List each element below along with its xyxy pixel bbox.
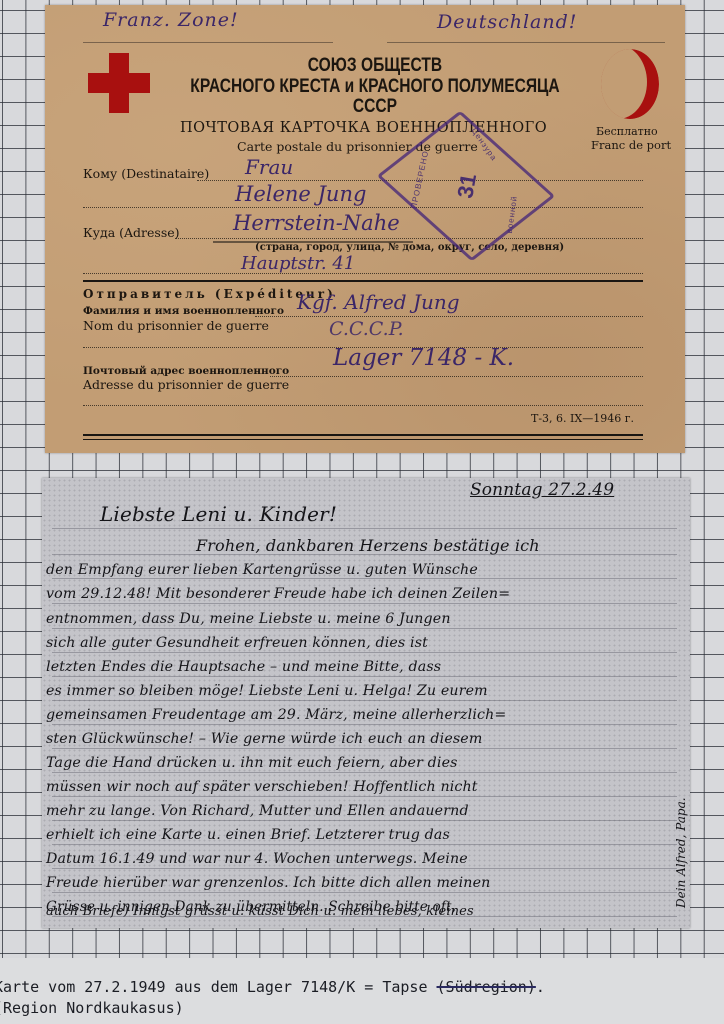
album-caption-line2: (Region Nordkaukasus) <box>0 999 184 1017</box>
sender-address-line-1 <box>270 376 643 377</box>
address-hint: (страна, город, улица, № дома, округ, се… <box>255 242 564 253</box>
address-value-2: Hauptstr. 41 <box>241 253 355 274</box>
recipient-value-1: Frau <box>245 155 293 179</box>
sender-name-label-fr: Nom du prisonnier de guerre <box>83 318 269 333</box>
sender-value-1: Kgf. Alfred Jung <box>297 290 460 314</box>
letter-line: Datum 16.1.49 und war nur 4. Wochen unte… <box>46 851 468 867</box>
red-crescent-icon <box>601 49 659 119</box>
org-name-line1: СОЮЗ ОБЩЕСТВ <box>195 55 556 77</box>
letter-line: Freude hierüber war grenzenlos. Ich bitt… <box>46 875 490 891</box>
bottom-rule-2 <box>83 439 643 440</box>
sender-address-line-2 <box>83 405 643 406</box>
sender-address-label-ru: Почтовый адрес военнопленного <box>83 365 289 377</box>
sender-address-label-fr: Adresse du prisonnier de guerre <box>83 377 289 392</box>
letter-line: letzten Endes die Hauptsache – und meine… <box>46 659 441 675</box>
org-name-line2: КРАСНОГО КРЕСТА и КРАСНОГО ПОЛУМЕСЯЦА <box>170 76 580 98</box>
letter-line: entnommen, dass Du, meine Liebste u. mei… <box>46 611 451 627</box>
letter-line: Frohen, dankbaren Herzens bestätige ich <box>196 536 540 555</box>
bottom-rule-1 <box>83 434 643 436</box>
letter-line: den Empfang eurer lieben Kartengrüsse u.… <box>46 562 478 578</box>
handwritten-zone-note: Franz. Zone! <box>103 9 239 31</box>
letter-greeting: Liebste Leni u. Kinder! <box>100 502 337 526</box>
letter-line: auch Briefe) Innigst grüsst u. küsst Dic… <box>46 904 474 919</box>
letter-margin-signature: Dein Alfred, Papa. <box>674 797 688 908</box>
sender-value-2: C.C.C.P. <box>329 318 404 340</box>
caption-struck-text: (Südregion) <box>437 978 536 996</box>
org-name-line3: СССР <box>195 96 556 118</box>
censor-stamp-number: 31 <box>452 172 482 201</box>
address-value-1: Herrstein-Nahe <box>233 211 400 235</box>
section-divider <box>83 280 643 282</box>
letter-line: sich alle guter Gesundheit erfreuen könn… <box>46 635 428 651</box>
card-title-ru: ПОЧТОВАЯ КАРТОЧКА ВОЕННОПЛЕННОГО <box>180 120 547 136</box>
postage-free-ru: Бесплатно <box>596 125 658 138</box>
address-line-2 <box>83 273 643 274</box>
recipient-line-2 <box>83 207 643 208</box>
recipient-label: Кому (Destinataire) <box>83 166 209 181</box>
address-label: Куда (Adresse) <box>83 225 180 240</box>
postage-free-fr: Franc de port <box>591 138 671 152</box>
caption-period: . <box>536 978 545 996</box>
letter-line: müssen wir noch auf später verschieben! … <box>46 779 478 795</box>
top-rule-right <box>387 42 665 43</box>
letter-line: erhielt ich eine Karte u. einen Brief. L… <box>46 827 450 843</box>
handwritten-country-note: Deutschland! <box>437 11 577 33</box>
pow-postcard-front: Franz. Zone! Deutschland! СОЮЗ ОБЩЕСТВ К… <box>45 5 685 453</box>
sender-name-label-ru: Фамилия и имя военнопленного <box>83 305 284 317</box>
album-caption-line1: Karte vom 27.2.1949 aus dem Lager 7148/K… <box>0 978 545 996</box>
letter-line: Tage die Hand drücken u. ihn mit euch fe… <box>46 755 458 771</box>
pow-postcard-reverse-letter: Sonntag 27.2.49 Liebste Leni u. Kinder! … <box>42 478 690 928</box>
letter-date: Sonntag 27.2.49 <box>470 480 614 500</box>
letter-line: mehr zu lange. Von Richard, Mutter und E… <box>46 803 469 819</box>
red-cross-icon <box>88 53 150 113</box>
sender-line-1 <box>255 316 643 317</box>
sender-address-value: Lager 7148 - K. <box>333 345 514 371</box>
letter-line: sten Glückwünsche! – Wie gerne würde ich… <box>46 731 482 747</box>
top-rule-left <box>83 42 333 43</box>
letter-line: es immer so bleiben möge! Liebste Leni u… <box>46 683 488 699</box>
print-code: Т-3, 6. IX—1946 г. <box>531 412 634 425</box>
recipient-value-2: Helene Jung <box>235 182 366 206</box>
letter-line: vom 29.12.48! Mit besonderer Freude habe… <box>46 586 510 602</box>
caption-text: Karte vom 27.2.1949 aus dem Lager 7148/K… <box>0 978 437 996</box>
address-line-1 <box>175 238 643 239</box>
letter-line: gemeinsamen Freudentage am 29. März, mei… <box>46 707 506 723</box>
